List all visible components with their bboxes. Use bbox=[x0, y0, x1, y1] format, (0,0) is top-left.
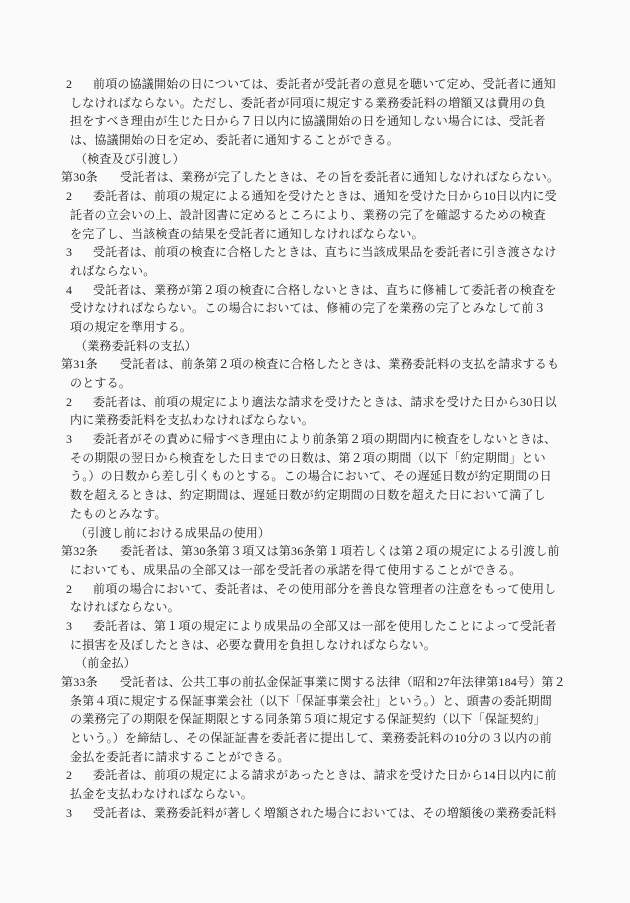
document-line: は、協議開始の日を定め、委託者に通知することができる。 bbox=[61, 131, 571, 150]
line-text: なければならない。 bbox=[70, 598, 180, 617]
line-text: 委託者は、前項の規定により適法な請求を受けたときは、請求を受けた日から30日以 bbox=[93, 393, 557, 412]
line-text: 託者の立会いの上、設計図書に定めるところにより、業務の完了を確認するための検査 bbox=[70, 206, 546, 225]
paragraph-number: 2 bbox=[66, 187, 93, 206]
line-text: 前項の場合において、委託者は、その使用部分を善良な管理者の注意をもって使用し bbox=[93, 580, 556, 599]
contract-text-block: 2 前項の協議開始の日については、委託者が受託者の意見を聴いて定め、受託者に通知… bbox=[61, 75, 571, 823]
document-line: ればならない。 bbox=[61, 262, 571, 281]
line-text: （業務委託料の支払） bbox=[75, 337, 197, 356]
line-text: 内に業務委託料を支払わなければならない。 bbox=[70, 411, 314, 430]
article-number: 第32条 bbox=[61, 542, 120, 561]
document-line: においても、成果品の全部又は一部を受託者の承諾を得て使用することができる。 bbox=[61, 561, 571, 580]
line-text: 受託者は、業務が完了したときは、その旨を委託者に通知しなければならない。 bbox=[120, 168, 559, 187]
line-text: 数を超えるときは、約定期間は、遅延日数が約定期間の日数を超えた日において満了し bbox=[70, 486, 546, 505]
document-line: の業務完了の期限を保証期限とする同条第５項に規定する保証契約（以下「保証契約」 bbox=[61, 710, 571, 729]
article-number: 第31条 bbox=[61, 355, 120, 374]
document-line: その期限の翌日から検査をした日までの日数は、第２項の期間（以下「約定期間」とい bbox=[61, 449, 571, 468]
document-line: 3 委託者は、第１項の規定により成果品の全部又は一部を使用したことによって受託者 bbox=[61, 617, 571, 636]
line-text: という。）を締結し、その保証証書を委託者に提出して、業務委託料の10分の３以内の… bbox=[70, 729, 552, 748]
article-number: 第30条 bbox=[61, 168, 120, 187]
line-text: 項の規定を準用する。 bbox=[70, 318, 192, 337]
document-line: たものとみなす。 bbox=[61, 505, 571, 524]
paragraph-number: 2 bbox=[66, 766, 93, 785]
line-text: 払金を支払わなければならない。 bbox=[70, 785, 253, 804]
line-text: の業務完了の期限を保証期限とする同条第５項に規定する保証契約（以下「保証契約」 bbox=[70, 710, 546, 729]
document-line: しなければならない。ただし、委託者が同項に規定する業務委託料の増額又は費用の負 bbox=[61, 94, 571, 113]
document-line: 2 委託者は、前項の規定により適法な請求を受けたときは、請求を受けた日から30日… bbox=[61, 393, 571, 412]
document-line: （検査及び引渡し） bbox=[61, 150, 571, 169]
document-line: を完了し、当該検査の結果を受託者に通知しなければならない。 bbox=[61, 225, 571, 244]
line-text: 受けなければならない。この場合においては、修補の完了を業務の完了とみなして前３ bbox=[70, 299, 546, 318]
document-line: 2 前項の協議開始の日については、委託者が受託者の意見を聴いて定め、受託者に通知 bbox=[61, 75, 571, 94]
line-text: （前金払） bbox=[75, 654, 136, 673]
line-text: たものとみなす。 bbox=[70, 505, 167, 524]
document-line: 第33条 受託者は、公共工事の前払金保証事業に関する法律（昭和27年法律第184… bbox=[61, 673, 571, 692]
line-text: 受託者は、業務が第２項の検査に合格しないときは、直ちに修補して委託者の検査を bbox=[93, 281, 557, 300]
line-text: （引渡し前における成果品の使用） bbox=[75, 524, 270, 543]
line-text: （検査及び引渡し） bbox=[75, 150, 185, 169]
document-line: 4 受託者は、業務が第２項の検査に合格しないときは、直ちに修補して委託者の検査を bbox=[61, 281, 571, 300]
line-text: 委託者は、前項の規定による通知を受けたときは、通知を受けた日から10日以内に受 bbox=[93, 187, 557, 206]
paragraph-number: 3 bbox=[66, 430, 93, 449]
document-line: 3 受託者は、業務委託料が著しく増額された場合においては、その増額後の業務委託料 bbox=[61, 804, 571, 823]
document-page: 2 前項の協議開始の日については、委託者が受託者の意見を聴いて定め、受託者に通知… bbox=[0, 0, 630, 903]
document-line: （業務委託料の支払） bbox=[61, 337, 571, 356]
document-line: （引渡し前における成果品の使用） bbox=[61, 524, 571, 543]
line-text: においても、成果品の全部又は一部を受託者の承諾を得て使用することができる。 bbox=[70, 561, 521, 580]
document-line: 2 委託者は、前項の規定による通知を受けたときは、通知を受けた日から10日以内に… bbox=[61, 187, 571, 206]
document-line: 金払を委託者に請求することができる。 bbox=[61, 748, 571, 767]
line-text: 条第４項に規定する保証事業会社（以下「保証事業会社」という。）と、頭書の委託期間 bbox=[70, 692, 552, 711]
document-line: に損害を及ぼしたときは、必要な費用を負担しなければならない。 bbox=[61, 636, 571, 655]
document-line: 内に業務委託料を支払わなければならない。 bbox=[61, 411, 571, 430]
article-number: 第33条 bbox=[61, 673, 120, 692]
line-text: 前項の協議開始の日については、委託者が受託者の意見を聴いて定め、受託者に通知 bbox=[93, 75, 556, 94]
line-text: 受託者は、業務委託料が著しく増額された場合においては、その増額後の業務委託料 bbox=[93, 804, 557, 823]
document-line: 受けなければならない。この場合においては、修補の完了を業務の完了とみなして前３ bbox=[61, 299, 571, 318]
line-text: 委託者は、前項の規定による請求があったときは、請求を受けた日から14日以内に前 bbox=[93, 766, 557, 785]
line-text: しなければならない。ただし、委託者が同項に規定する業務委託料の増額又は費用の負 bbox=[70, 94, 546, 113]
line-text: 委託者がその責めに帰すべき理由により前条第２項の期間内に検査をしないときは、 bbox=[93, 430, 556, 449]
line-text: 委託者は、第１項の規定により成果品の全部又は一部を使用したことによって受託者 bbox=[93, 617, 557, 636]
paragraph-number: 2 bbox=[66, 75, 93, 94]
line-text: は、協議開始の日を定め、委託者に通知することができる。 bbox=[70, 131, 399, 150]
document-line: 2 前項の場合において、委託者は、その使用部分を善良な管理者の注意をもって使用し bbox=[61, 580, 571, 599]
line-text: その期限の翌日から検査をした日までの日数は、第２項の期間（以下「約定期間」とい bbox=[70, 449, 546, 468]
line-text: 受託者は、前条第２項の検査に合格したときは、業務委託料の支払を請求するも bbox=[120, 355, 559, 374]
document-line: 3 委託者がその責めに帰すべき理由により前条第２項の期間内に検査をしないときは、 bbox=[61, 430, 571, 449]
document-line: 条第４項に規定する保証事業会社（以下「保証事業会社」という。）と、頭書の委託期間 bbox=[61, 692, 571, 711]
line-text: のとする。 bbox=[70, 374, 131, 393]
paragraph-number: 4 bbox=[66, 281, 93, 300]
line-text: 担をすべき理由が生じた日から７日以内に協議開始の日を通知しない場合には、受託者 bbox=[70, 112, 546, 131]
document-line: という。）を締結し、その保証証書を委託者に提出して、業務委託料の10分の３以内の… bbox=[61, 729, 571, 748]
document-line: （前金払） bbox=[61, 654, 571, 673]
line-text: ればならない。 bbox=[70, 262, 155, 281]
document-line: う。）の日数から差し引くものとする。この場合において、その遅延日数が約定期間の日 bbox=[61, 467, 571, 486]
paragraph-number: 3 bbox=[66, 617, 93, 636]
line-text: 委託者は、第30条第３項又は第36条第１項若しくは第２項の規定による引渡し前 bbox=[120, 542, 560, 561]
document-line: 項の規定を準用する。 bbox=[61, 318, 571, 337]
document-line: 第30条 受託者は、業務が完了したときは、その旨を委託者に通知しなければならない… bbox=[61, 168, 571, 187]
paragraph-number: 2 bbox=[66, 393, 93, 412]
document-line: 託者の立会いの上、設計図書に定めるところにより、業務の完了を確認するための検査 bbox=[61, 206, 571, 225]
document-line: 第32条 委託者は、第30条第３項又は第36条第１項若しくは第２項の規定による引… bbox=[61, 542, 571, 561]
document-line: なければならない。 bbox=[61, 598, 571, 617]
document-line: 2 委託者は、前項の規定による請求があったときは、請求を受けた日から14日以内に… bbox=[61, 766, 571, 785]
line-text: を完了し、当該検査の結果を受託者に通知しなければならない。 bbox=[70, 225, 424, 244]
document-line: 担をすべき理由が生じた日から７日以内に協議開始の日を通知しない場合には、受託者 bbox=[61, 112, 571, 131]
document-line: 3 受託者は、前項の検査に合格したときは、直ちに当該成果品を委託者に引き渡さなけ bbox=[61, 243, 571, 262]
document-line: 第31条 受託者は、前条第２項の検査に合格したときは、業務委託料の支払を請求する… bbox=[61, 355, 571, 374]
line-text: 受託者は、公共工事の前払金保証事業に関する法律（昭和27年法律第184号）第２ bbox=[120, 673, 566, 692]
document-line: 払金を支払わなければならない。 bbox=[61, 785, 571, 804]
line-text: に損害を及ぼしたときは、必要な費用を負担しなければならない。 bbox=[70, 636, 436, 655]
document-line: 数を超えるときは、約定期間は、遅延日数が約定期間の日数を超えた日において満了し bbox=[61, 486, 571, 505]
line-text: 金払を委託者に請求することができる。 bbox=[70, 748, 290, 767]
paragraph-number: 3 bbox=[66, 243, 93, 262]
line-text: う。）の日数から差し引くものとする。この場合において、その遅延日数が約定期間の日 bbox=[70, 467, 552, 486]
line-text: 受託者は、前項の検査に合格したときは、直ちに当該成果品を委託者に引き渡さなけ bbox=[93, 243, 557, 262]
paragraph-number: 2 bbox=[66, 580, 93, 599]
document-line: のとする。 bbox=[61, 374, 571, 393]
paragraph-number: 3 bbox=[66, 804, 93, 823]
